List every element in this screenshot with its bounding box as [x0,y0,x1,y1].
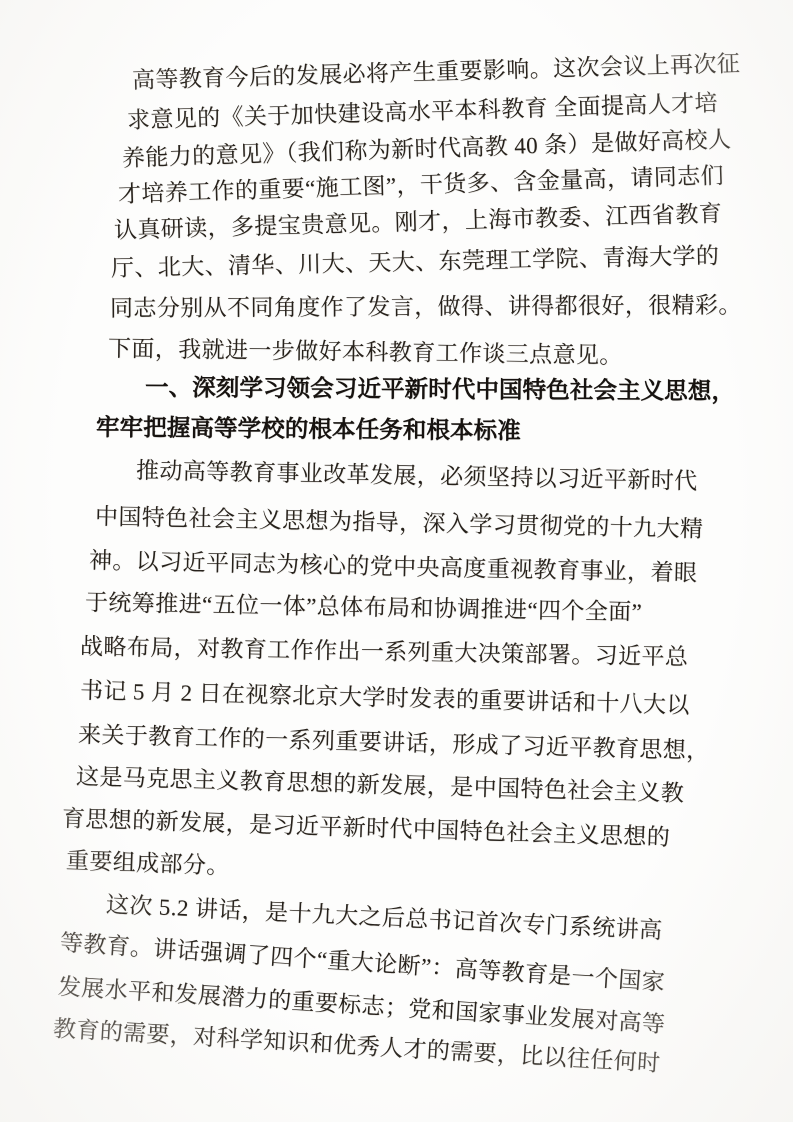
text-line: 育思想的新发展，是习近平新时代中国特色社会主义思想的 [62,804,671,853]
text-line: 下面，我就进一步做好本科教育工作谈三点意见。 [108,334,623,371]
section-heading-line: 牢牢把握高等学校的根本任务和根本标准 [96,412,521,446]
text-line: 中国特色社会主义思想为指导，深入学习贯彻党的十九大精 [95,502,704,545]
text-line: 厅、北大、清华、川大、天大、东莞理工学院、青海大学的 [111,241,720,284]
text-line: 高等教育今后的发展必将产生重要影响。这次会议上再次征 [132,49,741,96]
text-line: 推动高等教育事业改革发展，必须坚持以习近平新时代 [136,456,698,497]
text-line: 于统筹推进“五位一体”总体布局和协调推进“四个全面” [85,588,643,628]
text-line: 同志分别从不同角度作了发言，做得、讲得都很好，很精彩。 [110,291,742,324]
text-line: 来关于教育工作的一系列重要讲话，形成了习近平教育思想， [78,720,710,767]
text-line: 重要组成部分。 [65,846,230,882]
section-heading-line: 一、深刻学习领会习近平新时代中国特色社会主义思想， [145,372,735,406]
text-line: 这是马克思主义教育思想的新发展，是中国特色社会主义教 [76,762,685,809]
text-line: 战略布局，对教育工作作出一系列重大决策部署。习近平总 [80,632,689,673]
text-line: 神。以习近平同志为核心的党中央高度重视教育事业，着眼 [89,546,698,589]
scanned-document-page: 高等教育今后的发展必将产生重要影响。这次会议上再次征 求意见的《关于加快建设高水… [0,0,793,1122]
text-line: 书记 5 月 2 日在视察北京大学时发表的重要讲话和十八大以 [80,676,691,721]
